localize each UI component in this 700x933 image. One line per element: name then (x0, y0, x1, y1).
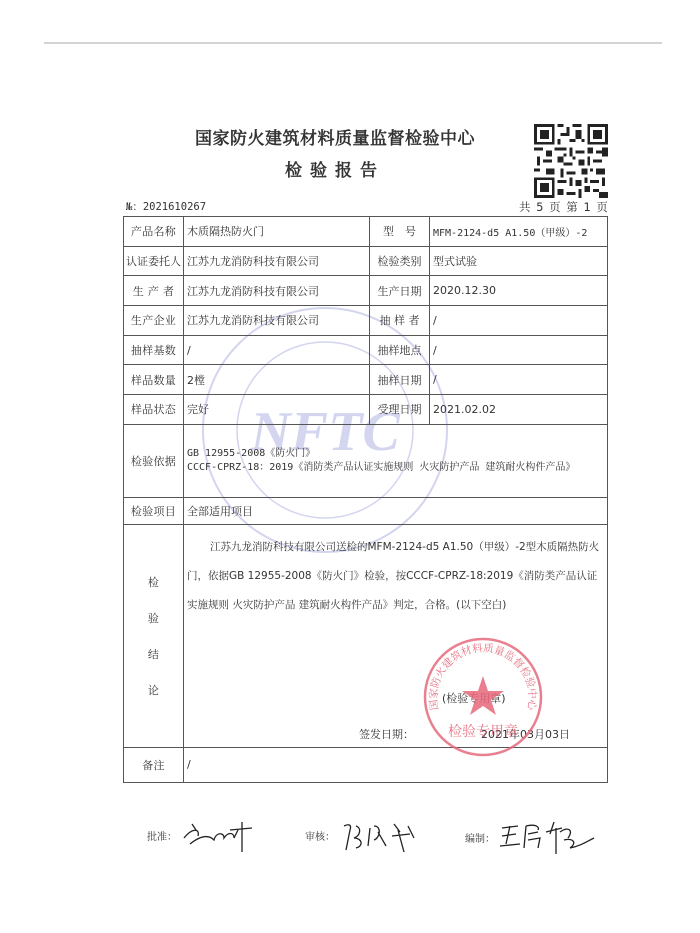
field-value: / (184, 336, 370, 365)
field-label: 样品状态 (124, 395, 184, 424)
field-label: 认证委托人 (124, 247, 184, 276)
table-row: 产品名称 木质隔热防火门 型 号 MFM-2124-d5 A1.50（甲级）-2 (124, 217, 607, 247)
field-label: 生 产 者 (124, 276, 184, 305)
handwritten-signature-icon (498, 818, 598, 856)
table-row-remark: 备注 / (124, 748, 607, 782)
table-row: 抽样基数 / 抽样地点 / (124, 336, 607, 366)
reviewer-signature: 审核： (305, 818, 428, 852)
basis-label: 检验依据 (124, 425, 184, 497)
page-info: 共 5 页 第 1 页 (519, 199, 609, 215)
conclusion-label: 检 验 结 论 (124, 525, 184, 747)
preparer-signature: 编制： (465, 818, 598, 856)
table-row: 样品状态 完好 受理日期 2021.02.02 (124, 395, 607, 425)
field-label: 抽样日期 (370, 365, 430, 394)
field-value: / (430, 365, 607, 394)
field-label: 生产日期 (370, 276, 430, 305)
remark-label: 备注 (124, 748, 184, 782)
field-value: / (430, 306, 607, 335)
table-row-basis: 检验依据 GB 12955-2008《防火门》 CCCF-CPRZ-18：201… (124, 425, 607, 498)
conclusion-text: 江苏九龙消防科技有限公司送检的MFM-2124-d5 A1.50（甲级）-2型木… (187, 533, 602, 620)
field-label: 抽样地点 (370, 336, 430, 365)
field-label: 受理日期 (370, 395, 430, 424)
field-value: 2021.02.02 (430, 395, 607, 424)
stamp-caption: (检验专用章) (442, 690, 506, 706)
items-value: 全部适用项目 (184, 498, 253, 524)
field-value: 木质隔热防火门 (184, 217, 370, 246)
approver-signature: 批准： (147, 818, 260, 852)
field-label: 检验类别 (370, 247, 430, 276)
table-row: 生产企业 江苏九龙消防科技有限公司 抽 样 者 / (124, 306, 607, 336)
handwritten-signature-icon (338, 818, 428, 852)
field-value: / (430, 336, 607, 365)
field-value: MFM-2124-d5 A1.50（甲级）-2 (430, 217, 607, 246)
field-label: 抽样基数 (124, 336, 184, 365)
handwritten-signature-icon (180, 818, 260, 852)
qr-code-icon (533, 124, 609, 198)
report-table: 产品名称 木质隔热防火门 型 号 MFM-2124-d5 A1.50（甲级）-2… (123, 216, 608, 783)
issue-date-label: 签发日期： (359, 726, 414, 742)
table-row: 认证委托人 江苏九龙消防科技有限公司 检验类别 型式试验 (124, 247, 607, 277)
basis-line: GB 12955-2008《防火门》 (187, 447, 315, 461)
table-row: 生 产 者 江苏九龙消防科技有限公司 生产日期 2020.12.30 (124, 276, 607, 306)
scan-edge-line (44, 42, 662, 44)
report-number: №：2021610267 (126, 199, 206, 214)
field-value: 型式试验 (430, 247, 607, 276)
basis-line: CCCF-CPRZ-18：2019《消防类产品认证实施规则 火灾防护产品 建筑耐… (187, 461, 597, 475)
field-value: 完好 (184, 395, 370, 424)
items-label: 检验项目 (124, 498, 184, 524)
field-label: 型 号 (370, 217, 430, 246)
field-value: 江苏九龙消防科技有限公司 (184, 247, 370, 276)
field-value: 江苏九龙消防科技有限公司 (184, 276, 370, 305)
field-value: 2樘 (184, 365, 370, 394)
field-label: 生产企业 (124, 306, 184, 335)
table-row: 样品数量 2樘 抽样日期 / (124, 365, 607, 395)
conclusion-value: 江苏九龙消防科技有限公司送检的MFM-2124-d5 A1.50（甲级）-2型木… (184, 525, 607, 747)
table-row-items: 检验项目 全部适用项目 (124, 498, 607, 525)
signature-row: 批准： 审核： 编制： (147, 808, 627, 848)
table-row-conclusion: 检 验 结 论 江苏九龙消防科技有限公司送检的MFM-2124-d5 A1.50… (124, 525, 607, 748)
basis-value: GB 12955-2008《防火门》 CCCF-CPRZ-18：2019《消防类… (184, 425, 607, 497)
field-label: 样品数量 (124, 365, 184, 394)
remark-value: / (184, 748, 191, 782)
field-value: 江苏九龙消防科技有限公司 (184, 306, 370, 335)
field-label: 产品名称 (124, 217, 184, 246)
field-value: 2020.12.30 (430, 276, 607, 305)
field-label: 抽 样 者 (370, 306, 430, 335)
issue-date: 2021年03月03日 (481, 726, 570, 742)
